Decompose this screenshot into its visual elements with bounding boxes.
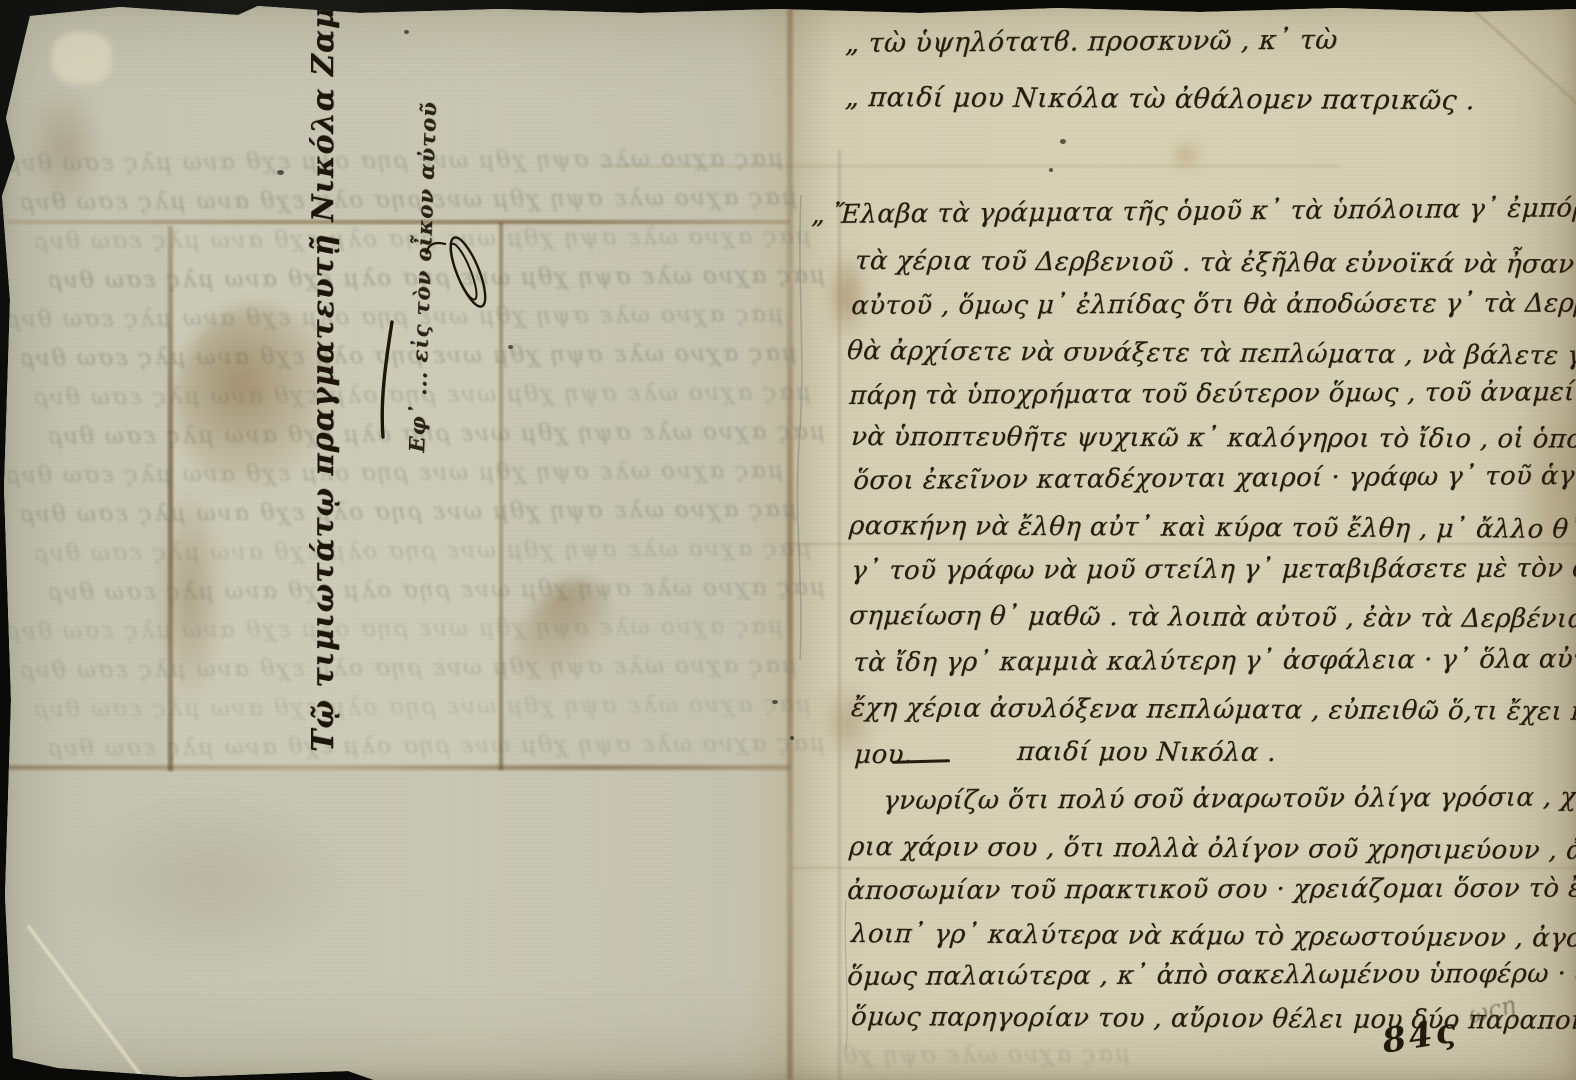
paper-sheet: μας αχνο ωλε σψη χθμ ωνε ρησ ολμ εχθ ανω…	[0, 0, 1576, 1080]
letter-line: γ᾽ τοῦ γράφω νὰ μοῦ στείλη γ᾽ μεταβιβάσε…	[851, 553, 1576, 586]
letter-line: ὅμως παλαιώτερα , κ᾽ ἀπὸ σακελλωμένου ὑπ…	[847, 958, 1576, 992]
stain-fold-lower	[822, 680, 874, 765]
crease-vertical-middle	[499, 222, 503, 770]
crease-diagonal-top-right	[1455, 0, 1576, 129]
stain-fold-upper	[826, 248, 868, 343]
bleedthrough-line: μας αχνο ωλε σψη χθμ ωνε ρησ ολμ εχθ ανω…	[22, 496, 797, 527]
letter-line: παιδί μου Νικόλα .	[1016, 737, 1277, 768]
letter-line: ρασκήνη νὰ ἔλθη αὐτ᾽ καὶ κύρα τοῦ ἔλθη ,…	[848, 511, 1576, 545]
letter-line: ὅσοι ἐκεῖνον καταδέχονται χαιροί · γράφω…	[853, 460, 1576, 496]
ink-speck	[772, 700, 778, 704]
bleedthrough-line: μας αχνο ωλε σψη χθμ ωνε ρησ ολμ εχθ ανω…	[22, 184, 797, 215]
crease-horizontal-flap	[600, 165, 1340, 167]
bleedthrough-line: μας αχνο ωλε σψη χθμ ωνε ρησ ολμ εχθ ανω…	[50, 262, 825, 293]
letter-line: αὐτοῦ , ὅμως μ᾽ ἐλπίδας ὅτι θὰ ἀποδώσετε…	[851, 288, 1576, 321]
letter-line: ἀποσωμίαν τοῦ πρακτικοῦ σου · χρειάζομαι…	[847, 873, 1576, 906]
letter-line: λοιπ᾽ γρ᾽ καλύτερα νὰ κάμω τὸ χρεωστούμε…	[850, 919, 1576, 955]
letter-line: ρια χάριν σου , ὅτι πολλὰ ὀλίγον σοῦ χρη…	[848, 832, 1576, 866]
address-line-secondary: Εφ᾽ ... εἰς τὸν οἶκον αὐτοῦ	[404, 222, 437, 453]
address-line-main: Τῷ τιμιωτάτῳ πραγματευτῇ Νικόλα Ζαμπέλῃ.	[306, 212, 341, 752]
ink-speck	[508, 345, 513, 349]
letter-line: σημείωση θ᾽ μαθῶ . τὰ λοιπὰ αὐτοῦ , ἐὰν …	[848, 601, 1576, 634]
ink-speck	[1060, 139, 1066, 144]
letter-line: πάρη τὰ ὑποχρήματα τοῦ δεύτερον ὅμως , τ…	[849, 377, 1576, 411]
crease-horizontal-right-2	[790, 867, 1576, 869]
letter-line: „ παιδί μου Νικόλα τὼ ἀθάλομεν πατρικῶς …	[844, 82, 1476, 116]
letter-line: „ Ἔλαβα τὰ γράμματα τῆς ὁμοῦ κ᾽ τὰ ὑπόλο…	[811, 193, 1576, 230]
bleedthrough-line: μας αχνο ωλε σψη χθμ ωνε ρησ ολμ εχθ ανω…	[8, 613, 783, 644]
folio-number: 84ς	[1379, 1010, 1461, 1062]
stain-bottom-left-mottle	[60, 790, 360, 970]
bleedthrough-line: μας αχνο ωλε σψη χθμ ωνε ρησ ολμ εχθ ανω…	[22, 652, 797, 683]
stain-top-left-edge	[25, 80, 105, 220]
closing-dash-stroke	[892, 759, 950, 764]
ink-speck	[790, 736, 794, 740]
bleedthrough-line: μας αχνο ωλε σψη χθμ ωνε ρησ ολμ εχθ ανω…	[50, 730, 825, 761]
bleedthrough-line: μας αχνο ωλε σψη χθμ ωνε ρησ ολμ εχθ ανω…	[8, 145, 783, 176]
torn-corner-patch	[52, 32, 112, 84]
letter-line: θὰ ἀρχίσετε νὰ συνάξετε τὰ πεπλώματα , ν…	[846, 336, 1576, 372]
bleedthrough-line: μας αχνο ωλε σψη χθμ ωνε ρησ ολμ εχθ ανω…	[840, 1041, 1130, 1069]
ink-speck	[404, 30, 409, 34]
crease-horizontal-bottom	[4, 765, 790, 770]
letter-line: ἔχη χέρια ἀσυλόξενα πεπλώματα , εὐπειθῶ …	[850, 693, 1576, 727]
letter-line: γνωρίζω ὅτι πολύ σοῦ ἀναρωτοῦν ὀλίγα γρό…	[883, 782, 1576, 816]
bleedthrough-line: μας αχνο ωλε σψη χθμ ωνε ρησ ολμ εχθ ανω…	[8, 457, 783, 488]
crease-horizontal-top	[8, 220, 790, 224]
ink-speck	[1049, 168, 1053, 172]
fold-line-center	[787, 0, 793, 1080]
bleedthrough-line: μας αχνο ωλε σψη χθμ ωνε ρησ ολμ εχθ ανω…	[8, 301, 783, 332]
letter-line: „ τὼ ὑψηλότατϐ. προσκυνῶ , κ᾽ τὼ	[845, 25, 1339, 59]
stain-under-crease	[155, 480, 225, 710]
stain-right-edge	[1520, 380, 1576, 600]
ink-speck	[277, 170, 284, 175]
bleedthrough-line: μας αχνο ωλε σψη χθμ ωνε ρησ ολμ εχθ ανω…	[36, 535, 811, 566]
stain-spot-right-page	[1172, 140, 1200, 170]
letter-line: νὰ ὑποπτευθῆτε ψυχικῶ κ᾽ καλόγηροι τὸ ἴδ…	[850, 422, 1576, 455]
folio-faint-scribble: ωςη	[1465, 991, 1518, 1030]
letter-line: τὰ χέρια τοῦ Δερβενιοῦ . τὰ ἐξῆλθα εὐνοϊ…	[854, 246, 1575, 280]
letter-line: τὰ ἴδη γρ᾽ καμμιὰ καλύτερη γ᾽ ἀσφάλεια ·…	[853, 644, 1576, 678]
stain-streak-center	[494, 563, 630, 718]
scanned-letter: μας αχνο ωλε σψη χθμ ωνε ρησ ολμ εχθ ανω…	[0, 0, 1576, 1080]
bleedthrough-line: μας αχνο ωλε σψη χθμ ωνε ρησ ολμ εχθ ανω…	[50, 418, 825, 449]
crease-horizontal-right-1	[790, 543, 1576, 545]
bleedthrough-line: μας αχνο ωλε σψη χθμ ωνε ρησ ολμ εχθ ανω…	[36, 691, 811, 722]
